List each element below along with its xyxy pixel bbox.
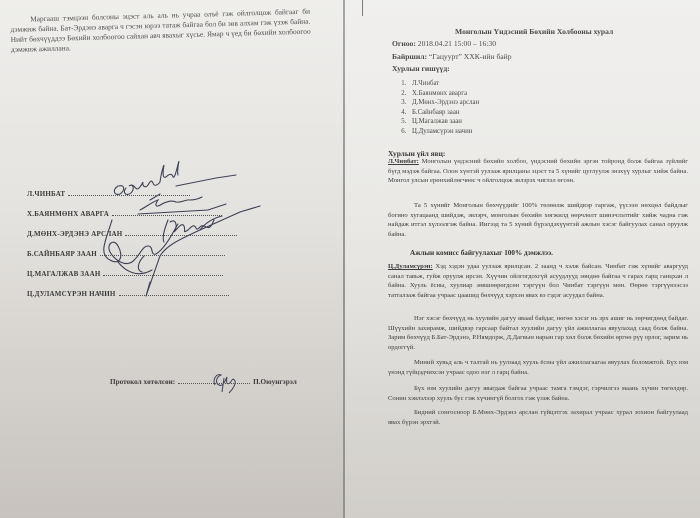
attendee-item: Ц.Дуламсүрэн начин — [408, 127, 479, 137]
paragraph-director: Бидний сонгосноор Б.Мөнх-Эрдэнэ арслан г… — [388, 408, 688, 427]
signatory-row: Д.МӨНХ-ЭРДЭНЭ АРСЛАН — [27, 218, 257, 238]
attendee-item: Л.Чинбат — [408, 79, 479, 89]
signatory-name: Х.БАЯНМӨНХ АВАРГА — [27, 210, 109, 218]
signature-line — [68, 194, 190, 196]
protocol-label: Протокол хөтөлсөн: — [110, 378, 175, 386]
signatory-row: Х.БАЯНМӨНХ АВАРГА — [27, 198, 257, 218]
meeting-place: Байршил: “Гацуурт” ХХК-ийн байр — [392, 52, 512, 61]
right-document-page — [345, 0, 700, 518]
attendee-item: Ц.Магалжав заан — [408, 117, 479, 127]
place-label: Байршил: — [392, 52, 427, 61]
speaker-name: Л.Чинбат: — [388, 158, 419, 165]
signature-line — [103, 274, 223, 276]
paragraph-proposal: Та 5 хүнийг Монголын бөхчүүдийг 100% төл… — [388, 201, 688, 239]
paragraph-text: Монголын үндэсний бөхийн холбоо, үндэсни… — [388, 158, 688, 184]
meeting-date: Огноо: 2018.04.21 15:00 – 16:30 — [392, 39, 496, 48]
signatory-row: Ц.ДУЛАМСҮРЭН НАЧИН — [27, 278, 257, 298]
signature-line — [100, 254, 225, 256]
signatory-name: Л.ЧИНБАТ — [27, 190, 65, 198]
attendees-heading: Хурлын гишүүд: — [392, 64, 450, 73]
signature-line — [112, 214, 222, 216]
paragraph-opinion: Миний хувьд аль ч талтай нь уулзаад хуул… — [388, 358, 688, 377]
signature-line — [125, 234, 237, 236]
protocol-recorder-name: П.Оюунгэрэл — [253, 378, 297, 386]
signatory-name: Ц.ДУЛАМСҮРЭН НАЧИН — [27, 290, 116, 298]
signatory-name: Ц.МАГАЛЖАВ ЗААН — [27, 270, 100, 278]
signatory-row: Ц.МАГАЛЖАВ ЗААН — [27, 258, 257, 278]
signatory-name: Б.САЙНБАЯР ЗААН — [27, 250, 97, 258]
paragraph-text: Бүх юм хуулийн дагуу явагдаж байгаа учра… — [388, 385, 688, 402]
paragraph-text: Миний хувьд аль ч талтай нь уулзаад хуул… — [388, 359, 688, 376]
document-title: Монголын Үндэсний Бөхийн Холбооны хурал — [455, 27, 613, 36]
signatory-row: Б.САЙНБАЯР ЗААН — [27, 238, 257, 258]
signatory-name: Д.МӨНХ-ЭРДЭНЭ АРСЛАН — [27, 230, 122, 238]
paragraph-wrestlers: Нэг хэсэг бөхчүүд нь хуулийн дагуу явaad… — [388, 314, 688, 352]
attendee-item: Х.Баянмөнх аварга — [408, 89, 479, 99]
protocol-signature-line — [178, 383, 250, 384]
date-label: Огноо: — [392, 39, 416, 48]
paragraph-text: Та 5 хүнийг Монголын бөхчүүдийг 100% төл… — [388, 202, 688, 238]
attendee-item: Б.Сайнбаяр заан — [408, 108, 479, 118]
page-edge-divider — [343, 0, 345, 518]
place-value: “Гацуурт” ХХК-ийн байр — [429, 52, 512, 61]
paragraph-legal: Бүх юм хуулийн дагуу явагдаж байгаа учра… — [388, 384, 688, 403]
speaker-name: Ц.Дуламсүрэн: — [388, 263, 433, 270]
paragraph-dulamsuren: Ц.Дуламсүрэн: Хэд хэдэн удаа уулзаж ярил… — [388, 262, 688, 300]
paragraph-text: Нэг хэсэг бөхчүүд нь хуулийн дагуу явaad… — [388, 315, 688, 351]
protocol-recorder-line: Протокол хөтөлсөн: П.Оюунгэрэл — [110, 378, 297, 386]
date-value: 2018.04.21 15:00 – 16:30 — [418, 39, 496, 48]
paragraph-text: Хэд хэдэн удаа уулзаж ярилцсан. 2 заанд … — [388, 263, 688, 299]
paragraph-chinbat: Л.Чинбат: Монголын үндэсний бөхийн холбо… — [388, 157, 688, 186]
attendee-item: Д.Мөнх-Эрдэнэ арслан — [408, 98, 479, 108]
signatory-list: Л.ЧИНБАТ Х.БАЯНМӨНХ АВАРГА Д.МӨНХ-ЭРДЭНЭ… — [27, 178, 257, 298]
paragraph-text: Бидний сонгосноор Б.Мөнх-Эрдэнэ арслан г… — [388, 409, 688, 426]
signatory-row: Л.ЧИНБАТ — [27, 178, 257, 198]
conclusion-statement: Ажлын комисс байгуулахыг 100% дэмжлээ. — [410, 249, 553, 257]
paper-fold-mark — [362, 0, 363, 16]
attendee-list: Л.Чинбат Х.Баянмөнх аварга Д.Мөнх-Эрдэнэ… — [398, 79, 479, 137]
signature-line — [119, 294, 229, 296]
